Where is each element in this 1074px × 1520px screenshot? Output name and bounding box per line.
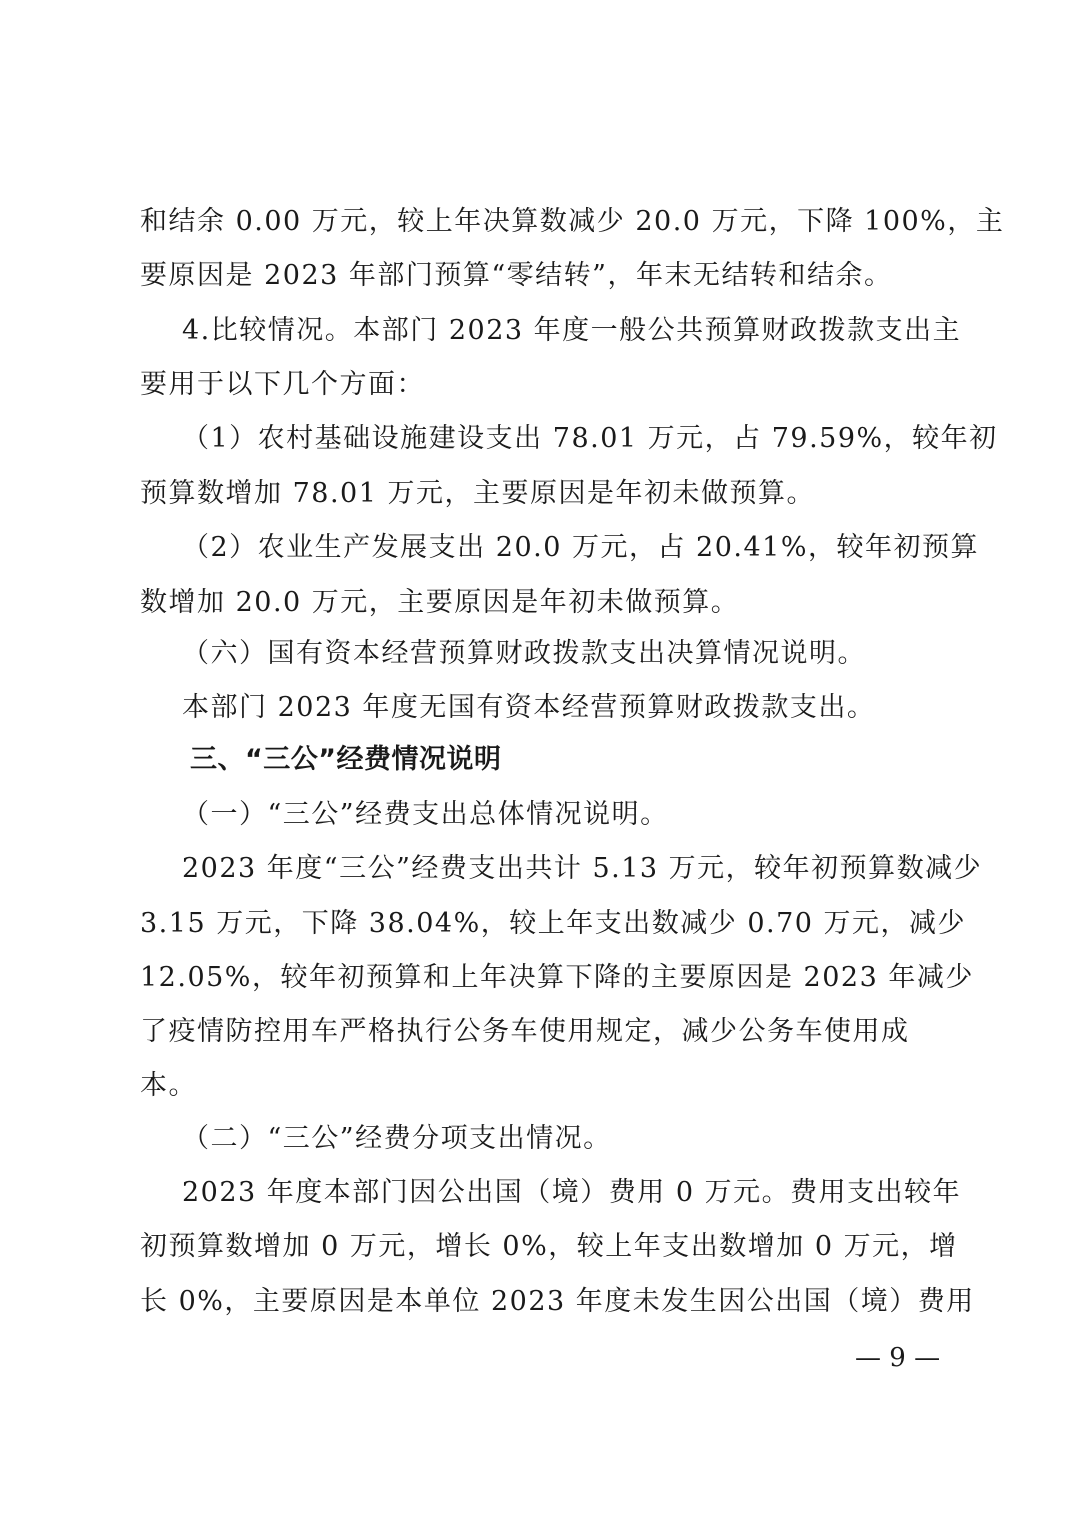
paragraph-line: 2023 年度本部门因公出国（境）费用 0 万元。费用支出较年 <box>182 1175 940 1211</box>
paragraph-line: 本。 <box>140 1068 940 1104</box>
section-heading: 三、“三公”经费情况说明 <box>190 742 990 778</box>
paragraph-line: 长 0%，主要原因是本单位 2023 年度未发生因公出国（境）费用 <box>140 1284 940 1320</box>
section-subheading: （二）“三公”经费分项支出情况。 <box>182 1121 982 1157</box>
paragraph-line: 3.15 万元，下降 38.04%，较上年支出数减少 0.70 万元，减少 <box>140 906 940 942</box>
list-item-line: （2）农业生产发展支出 20.0 万元，占 20.41%，较年初预算 <box>182 530 940 566</box>
paragraph-line: 初预算数增加 0 万元，增长 0%，较上年支出数增加 0 万元，增 <box>140 1229 940 1265</box>
paragraph-line: 要用于以下几个方面： <box>140 367 940 403</box>
section-subheading: （一）“三公”经费支出总体情况说明。 <box>182 797 982 833</box>
list-item-line: 数增加 20.0 万元，主要原因是年初未做预算。 <box>140 585 940 621</box>
section-subheading: （六）国有资本经营预算财政拨款支出决算情况说明。 <box>182 636 982 672</box>
paragraph-line: 2023 年度“三公”经费支出共计 5.13 万元，较年初预算数减少 <box>182 851 940 887</box>
list-item-line: 预算数增加 78.01 万元，主要原因是年初未做预算。 <box>140 476 940 512</box>
paragraph-line: 和结余 0.00 万元，较上年决算数减少 20.0 万元，下降 100%，主 <box>140 204 940 240</box>
list-item-line: （1）农村基础设施建设支出 78.01 万元，占 79.59%，较年初 <box>182 421 940 457</box>
paragraph-line: 本部门 2023 年度无国有资本经营预算财政拨款支出。 <box>182 690 982 726</box>
paragraph-line: 4.比较情况。本部门 2023 年度一般公共预算财政拨款支出主 <box>182 313 940 349</box>
document-page: 和结余 0.00 万元，较上年决算数减少 20.0 万元，下降 100%，主 要… <box>0 0 1074 1520</box>
paragraph-line: 12.05%，较年初预算和上年决算下降的主要原因是 2023 年减少 <box>140 960 940 996</box>
paragraph-line: 了疫情防控用车严格执行公务车使用规定，减少公务车使用成 <box>140 1014 940 1050</box>
paragraph-line: 要原因是 2023 年部门预算“零结转”，年末无结转和结余。 <box>140 258 940 294</box>
page-number: — 9 — <box>855 1340 940 1376</box>
